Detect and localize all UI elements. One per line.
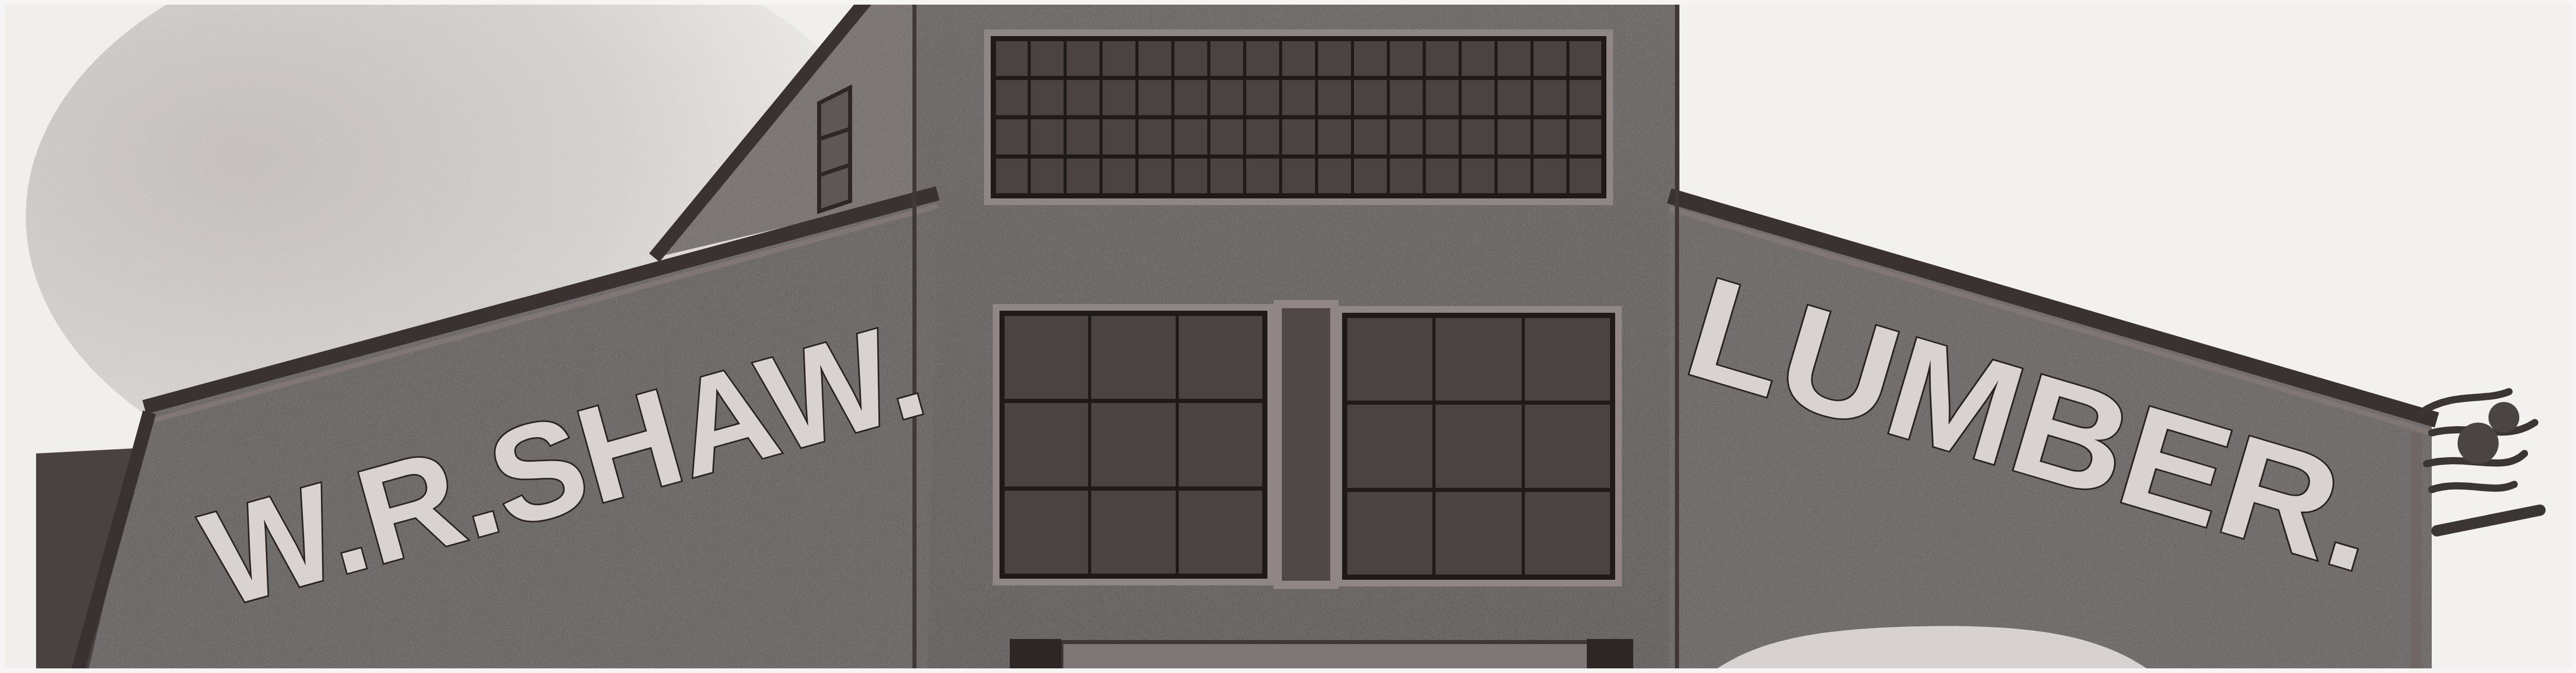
lower-windows — [993, 304, 1622, 586]
lower-window-left — [993, 304, 1274, 585]
window-mullion — [1278, 304, 1334, 585]
lower-window-right — [1335, 306, 1622, 586]
upper-window-grid — [984, 29, 1613, 205]
dormer-window — [819, 88, 850, 211]
upper-window — [984, 29, 1613, 205]
photo-scene: W.R.SHAW. LUMBER. — [0, 0, 2576, 673]
